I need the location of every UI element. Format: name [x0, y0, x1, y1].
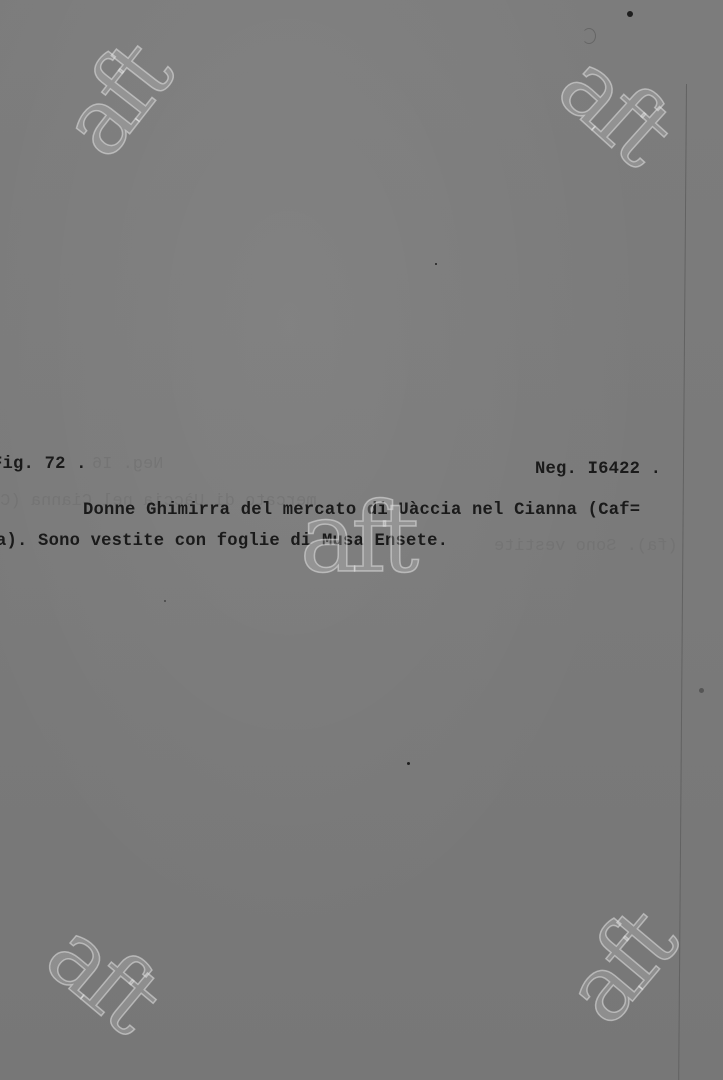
dust-ring-mark — [582, 28, 596, 44]
dust-speck — [164, 600, 166, 602]
dust-speck — [699, 688, 704, 693]
figure-label: Fig. 72 . — [0, 456, 87, 473]
aft-watermark-icon: aft — [543, 38, 685, 179]
negative-number: Neg. I6422 . — [535, 461, 661, 478]
dust-speck — [627, 11, 633, 17]
scanned-document-page: Neg. I6 mercato di Uàccia nel Cianna (Ca… — [0, 0, 723, 1080]
aft-watermark-icon: aft — [31, 906, 173, 1046]
aft-watermark-icon: aft — [46, 30, 185, 172]
bleed-through-neg: Neg. I6 — [92, 455, 163, 474]
dust-speck — [407, 762, 410, 765]
aft-watermark-icon: aft — [550, 897, 690, 1039]
aft-watermark-icon: aft — [300, 490, 413, 586]
margin-rule-line — [678, 84, 687, 1080]
bleed-through-line2: (fa). Sono vestite — [494, 537, 678, 556]
dust-speck — [435, 263, 437, 265]
